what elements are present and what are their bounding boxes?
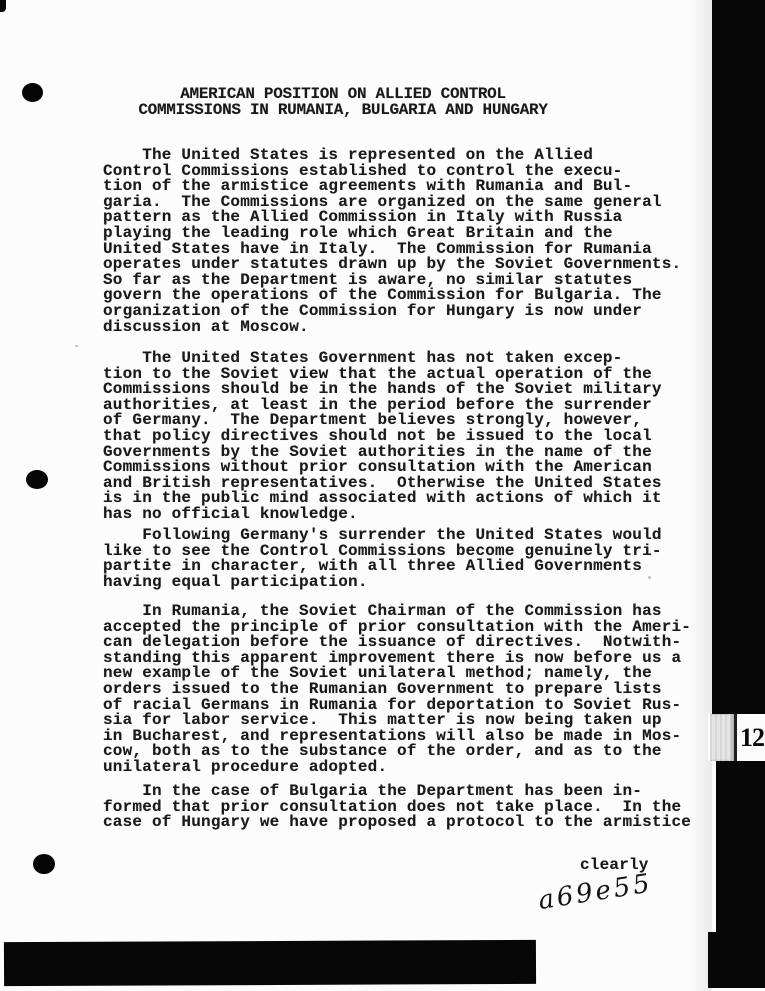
page-edge-shadow — [688, 0, 712, 991]
hole-punch-bottom — [33, 854, 55, 874]
paragraph-1: The United States is represented on the … — [103, 148, 681, 335]
hole-punch-top — [22, 83, 43, 102]
document-title: AMERICAN POSITION ON ALLIED CONTROL COMM… — [103, 86, 583, 118]
scanned-document-page: AMERICAN POSITION ON ALLIED CONTROL COMM… — [0, 0, 765, 991]
scan-border-bottom — [4, 940, 536, 986]
paragraph-5: In the case of Bulgaria the Department h… — [103, 784, 691, 831]
paragraph-2: The United States Government has not tak… — [103, 351, 662, 523]
scan-border-right-upper — [712, 0, 765, 714]
scan-speck — [75, 345, 78, 347]
side-tab: 12 — [708, 714, 765, 761]
side-tab-divider-line — [734, 714, 737, 761]
paragraph-3: Following Germany's surrender the United… — [103, 528, 662, 590]
handwritten-archival-mark: a69e55 — [536, 868, 654, 916]
scan-border-right-middle — [716, 761, 765, 932]
scan-corner-speck — [0, 0, 6, 12]
hole-punch-middle — [26, 470, 48, 489]
scan-border-right-lower — [708, 932, 765, 988]
side-tab-paper-edge — [710, 714, 734, 761]
side-tab-page-number: 12 — [739, 718, 765, 758]
paragraph-4: In Rumania, the Soviet Chairman of the C… — [103, 604, 691, 776]
